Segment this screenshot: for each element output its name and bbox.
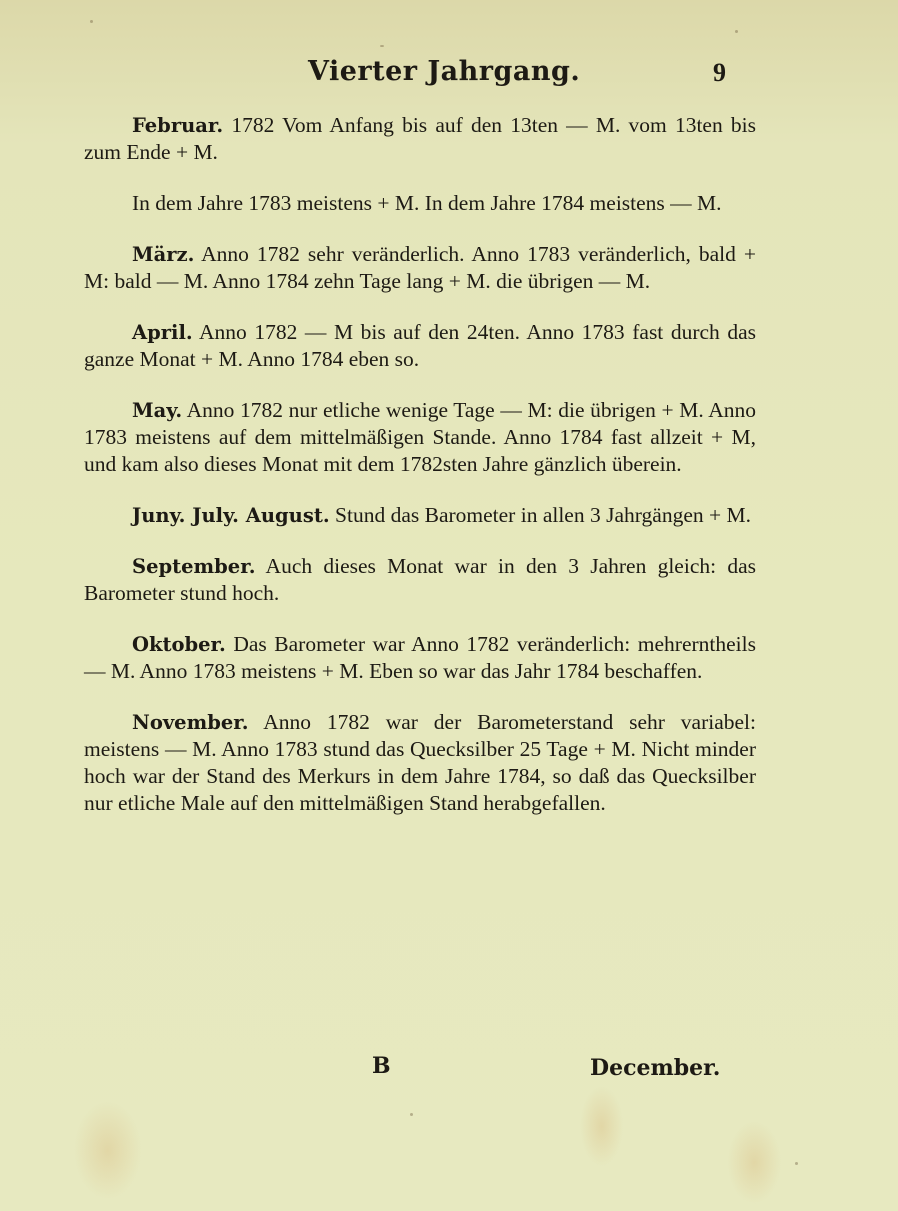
- paragraph-september: September. Auch dieses Monat war in den …: [84, 553, 756, 607]
- paragraph-text: Anno 1782 nur etliche wenige Tage — M: d…: [84, 398, 756, 476]
- paragraph-text: Stund das Barometer in allen 3 Jahrgänge…: [330, 503, 751, 527]
- paragraph-maerz: März. Anno 1782 sehr veränderlich. Anno …: [84, 241, 756, 295]
- month-heading: April.: [132, 321, 193, 344]
- catchword: December.: [590, 1055, 720, 1081]
- paragraph-summer: Juny. July. August. Stund das Barometer …: [84, 502, 756, 529]
- paragraph-april: April. Anno 1782 — M bis auf den 24ten. …: [84, 319, 756, 373]
- month-heading: Februar.: [132, 114, 223, 137]
- paragraph-februar-continued: In dem Jahre 1783 meistens + M. In dem J…: [84, 190, 756, 217]
- paper-speck: [735, 30, 738, 33]
- month-heading: Juny. July. August.: [132, 504, 330, 527]
- paragraph-februar: Februar. 1782 Vom Anfang bis auf den 13t…: [84, 112, 756, 166]
- paragraph-oktober: Oktober. Das Barometer war Anno 1782 ver…: [84, 631, 756, 685]
- book-page: Vierter Jahrgang. 9 Februar. 1782 Vom An…: [0, 0, 898, 1211]
- signature-mark: B: [372, 1053, 391, 1079]
- page-number: 9: [713, 58, 726, 88]
- running-title: Vierter Jahrgang.: [308, 56, 580, 87]
- month-heading: May.: [132, 399, 182, 422]
- running-head: Vierter Jahrgang. 9: [0, 52, 898, 92]
- month-heading: Oktober.: [132, 633, 226, 656]
- month-heading: März.: [132, 243, 194, 266]
- body-text: Februar. 1782 Vom Anfang bis auf den 13t…: [84, 112, 756, 839]
- paper-speck: [380, 45, 384, 47]
- paragraph-text: In dem Jahre 1783 meistens + M. In dem J…: [132, 191, 722, 215]
- paragraph-november: November. Anno 1782 war der Barometersta…: [84, 709, 756, 817]
- paragraph-may: May. Anno 1782 nur etliche wenige Tage —…: [84, 397, 756, 478]
- paper-speck: [90, 20, 93, 23]
- paper-speck: [795, 1162, 798, 1165]
- month-heading: November.: [132, 711, 249, 734]
- page-footer: B December.: [0, 1053, 898, 1093]
- month-heading: September.: [132, 555, 255, 578]
- paper-speck: [410, 1113, 413, 1116]
